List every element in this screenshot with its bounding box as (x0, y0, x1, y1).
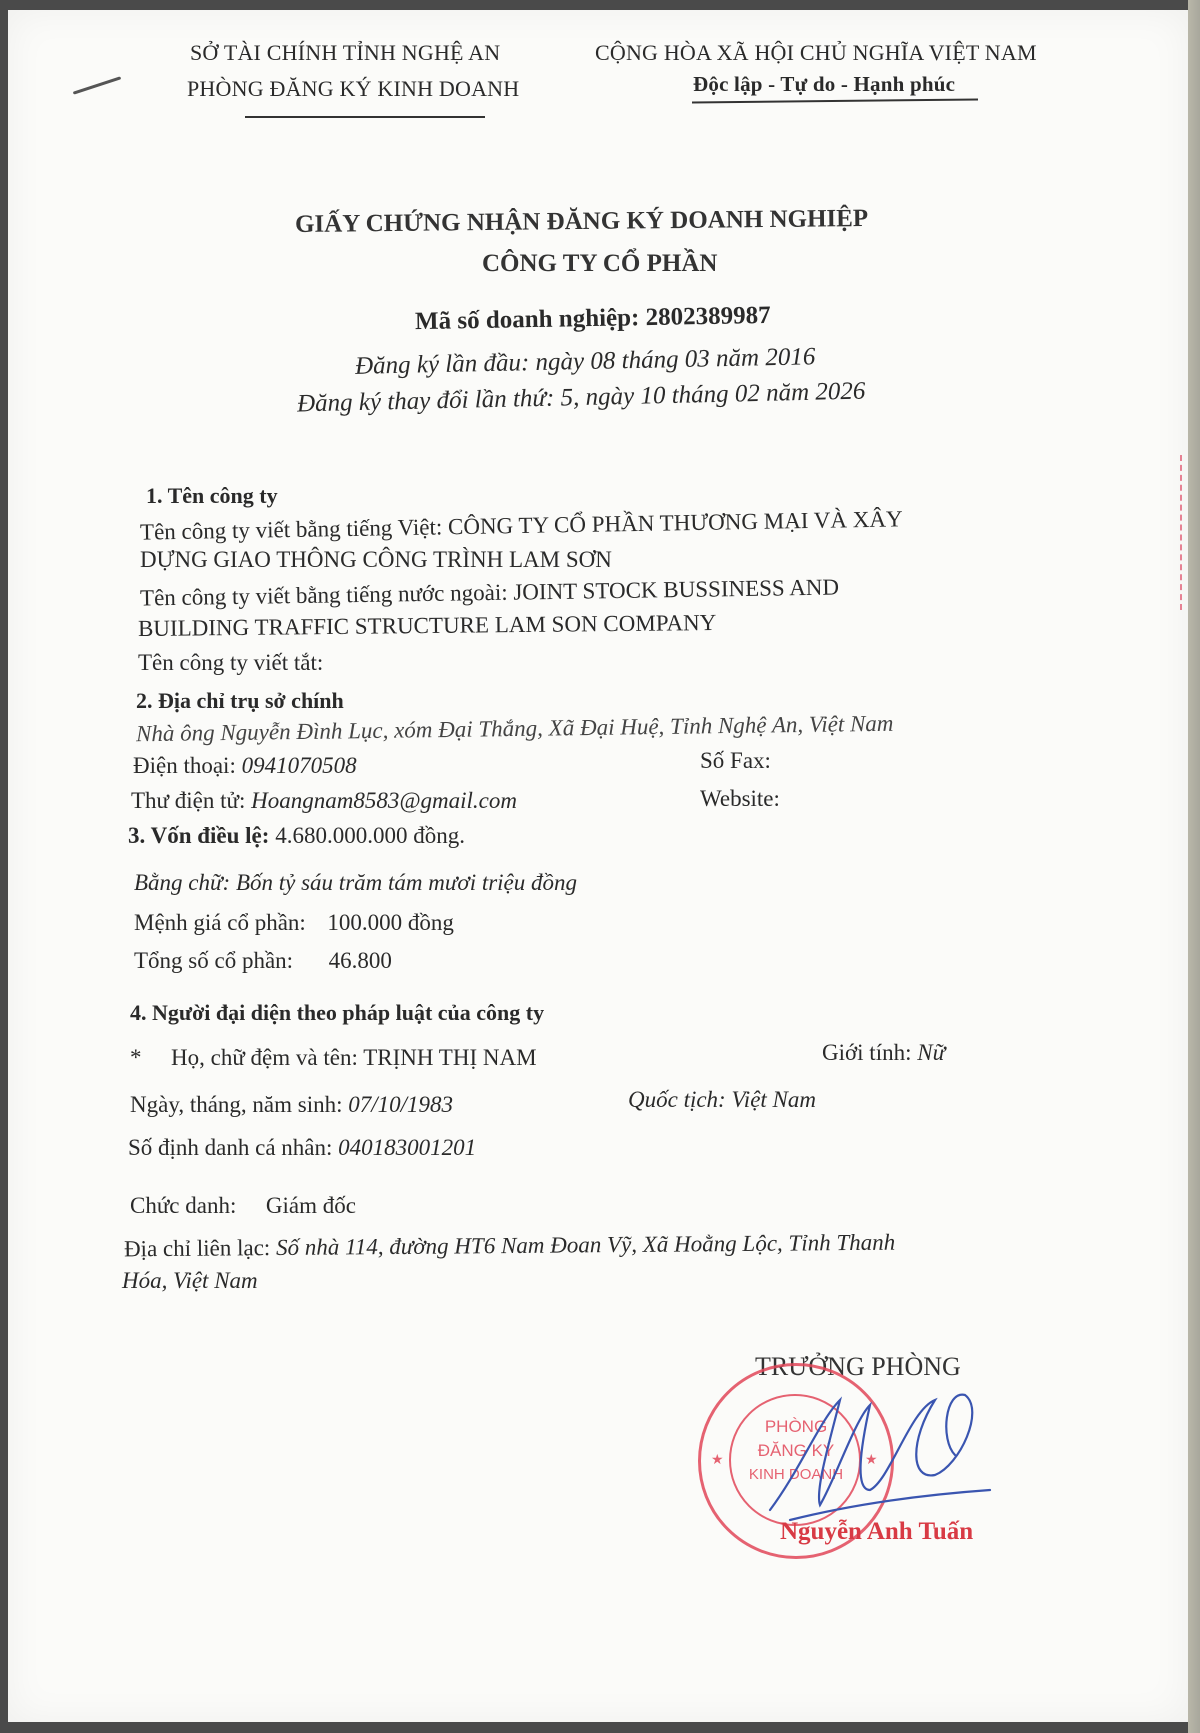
contact-address: Số nhà 114, đường HT6 Nam Đoan Vỹ, Xã Ho… (276, 1230, 895, 1260)
position-label: Chức danh: (130, 1193, 236, 1218)
fax-label: Số Fax: (700, 748, 771, 774)
business-code-label: Mã số doanh nghiệp: (415, 304, 640, 335)
website-label: Website: (700, 786, 780, 812)
representative-name: TRỊNH THỊ NAM (363, 1045, 536, 1070)
representative-name-label: Họ, chữ đệm và tên: (171, 1045, 358, 1070)
personal-id-value: 040183001201 (338, 1135, 476, 1160)
business-code: 2802389987 (645, 302, 770, 331)
margin-mark (1180, 455, 1198, 610)
position-line: Chức danh: Giám đốc (130, 1193, 356, 1219)
email-line: Thư điện tử: Hoangnam8583@gmail.com (131, 788, 517, 814)
company-type: CÔNG TY CỔ PHẦN (482, 250, 717, 278)
nationality-line: Quốc tịch: Việt Nam (628, 1087, 816, 1113)
personal-id-label: Số định danh cá nhân: (128, 1135, 332, 1160)
dob-label: Ngày, tháng, năm sinh: (130, 1092, 343, 1117)
phone-line: Điện thoại: 0941070508 (133, 753, 357, 779)
position-value: Giám đốc (266, 1193, 356, 1218)
dob-value: 07/10/1983 (348, 1092, 453, 1117)
personal-id-line: Số định danh cá nhân: 040183001201 (128, 1135, 476, 1161)
par-value-line: Mệnh giá cổ phần: 100.000 đồng (134, 910, 454, 936)
foreign-name: JOINT STOCK BUSSINESS AND (513, 575, 839, 605)
contact-address-cont: Hóa, Việt Nam (122, 1268, 258, 1294)
charter-capital-line: 3. Vốn điều lệ: 4.680.000.000 đồng. (128, 823, 465, 849)
page-edge (1188, 0, 1200, 1733)
email-label: Thư điện tử: (131, 788, 245, 813)
total-shares-label: Tổng số cổ phần: (134, 948, 293, 973)
handwritten-signature (760, 1380, 1000, 1530)
nationality-value: Việt Nam (731, 1087, 816, 1112)
motto: Độc lập - Tự do - Hạnh phúc (693, 72, 955, 97)
phone-value: 0941070508 (242, 753, 357, 778)
vietnamese-name-label: Tên công ty viết bằng tiếng Việt: (140, 514, 443, 544)
issuer-department: SỞ TÀI CHÍNH TỈNH NGHỆ AN (190, 40, 500, 66)
gender-label: Giới tính: (822, 1040, 911, 1065)
foreign-name-label: Tên công ty viết bằng tiếng nước ngoài: (140, 580, 508, 611)
signer-name: Nguyễn Anh Tuấn (780, 1518, 973, 1546)
gender-value: Nữ (917, 1040, 945, 1065)
dob-line: Ngày, tháng, năm sinh: 07/10/1983 (130, 1092, 453, 1118)
representative-name-line: * Họ, chữ đệm và tên: TRỊNH THỊ NAM (130, 1045, 537, 1071)
gender-line: Giới tính: Nữ (822, 1040, 945, 1066)
par-value: 100.000 đồng (327, 910, 454, 935)
total-shares: 46.800 (329, 948, 392, 973)
capital-in-words: Bằng chữ: Bốn tỷ sáu trăm tám mươi triệu… (134, 870, 577, 896)
country-name: CỘNG HÒA XÃ HỘI CHỦ NGHĨA VIỆT NAM (595, 40, 1037, 66)
par-value-label: Mệnh giá cổ phần: (134, 910, 306, 935)
vietnamese-name-cont: DỰNG GIAO THÔNG CÔNG TRÌNH LAM SƠN (140, 547, 612, 573)
charter-capital: 4.680.000.000 đồng. (275, 823, 465, 848)
phone-label: Điện thoại: (133, 753, 236, 778)
section-1-heading: 1. Tên công ty (146, 483, 278, 509)
document-title: GIẤY CHỨNG NHẬN ĐĂNG KÝ DOANH NGHIỆP (295, 205, 868, 239)
short-name-label: Tên công ty viết tắt: (138, 650, 323, 676)
nationality-label: Quốc tịch: (628, 1087, 726, 1112)
contact-address-label: Địa chỉ liên lạc: (124, 1235, 270, 1261)
issuer-office: PHÒNG ĐĂNG KÝ KINH DOANH (187, 76, 519, 102)
charter-capital-label: 3. Vốn điều lệ: (128, 823, 269, 848)
section-4-heading: 4. Người đại diện theo pháp luật của côn… (130, 1000, 544, 1026)
section-2-heading: 2. Địa chỉ trụ sở chính (136, 688, 344, 714)
email-value: Hoangnam8583@gmail.com (251, 788, 517, 813)
header-left-underline (245, 116, 485, 118)
total-shares-line: Tổng số cổ phần: 46.800 (134, 948, 392, 974)
bullet: * (130, 1045, 142, 1070)
